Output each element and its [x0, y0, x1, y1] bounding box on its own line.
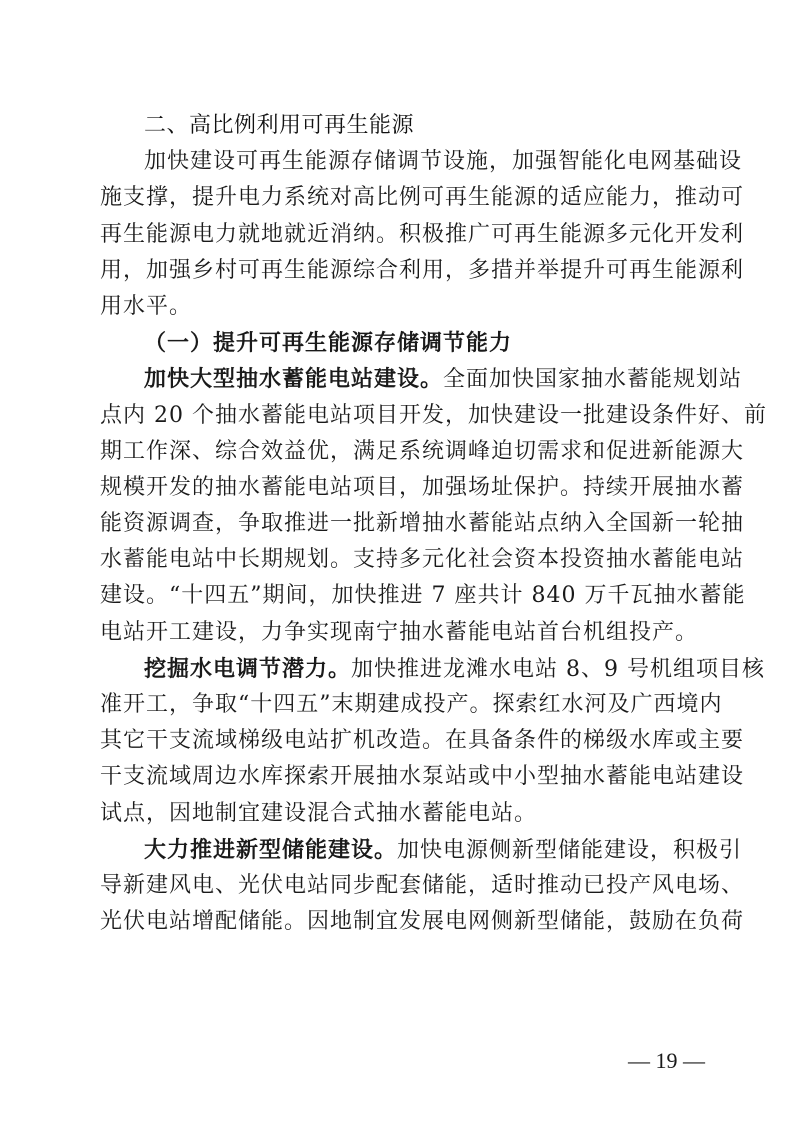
text-line: 再生能源电力就地就近消纳。积极推广可再生能源多元化开发利 [100, 217, 706, 253]
text-line: 用水平。 [100, 289, 706, 325]
text-line: 能资源调查，争取推进一批新增抽水蓄能站点纳入全国新一轮抽 [100, 506, 706, 542]
text-line: 点内 20 个抽水蓄能电站项目开发，加快建设一批建设条件好、前 [100, 398, 706, 434]
text-line: 大力推进新型储能建设。加快电源侧新型储能建设，积极引 [100, 832, 706, 868]
text-line: 光伏电站增配储能。因地制宜发展电网侧新型储能，鼓励在负荷 [100, 904, 706, 940]
text-line: 期工作深、综合效益优，满足系统调峰迫切需求和促进新能源大 [100, 434, 706, 470]
paragraph-text: 加快电源侧新型储能建设，积极引 [397, 838, 742, 863]
section-title: 二、高比例利用可再生能源 [100, 108, 706, 144]
paragraph-pumped-storage: 加快大型抽水蓄能电站建设。全面加快国家抽水蓄能规划站 点内 20 个抽水蓄能电站… [100, 361, 706, 651]
text-line: 干支流域周边水库探索开展抽水泵站或中小型抽水蓄能电站建设 [100, 759, 706, 795]
text-line: 挖掘水电调节潜力。加快推进龙滩水电站 8、9 号机组项目核 [100, 651, 706, 687]
intro-paragraph: 加快建设可再生能源存储调节设施，加强智能化电网基础设 施支撑，提升电力系统对高比… [100, 144, 706, 325]
text-line: 准开工，争取“十四五”末期建成投产。探索红水河及广西境内 [100, 687, 706, 723]
subsection-title: （一）提升可再生能源存储调节能力 [100, 325, 706, 361]
page-number: — 19 — [628, 1048, 705, 1074]
text-line: 试点，因地制宜建设混合式抽水蓄能电站。 [100, 796, 706, 832]
text-line: 导新建风电、光伏电站同步配套储能，适时推动已投产风电场、 [100, 868, 706, 904]
paragraph-hydropower: 挖掘水电调节潜力。加快推进龙滩水电站 8、9 号机组项目核 准开工，争取“十四五… [100, 651, 706, 832]
text-line: 其它干支流域梯级电站扩机改造。在具备条件的梯级水库或主要 [100, 723, 706, 759]
text-line: 水蓄能电站中长期规划。支持多元化社会资本投资抽水蓄能电站 [100, 542, 706, 578]
paragraph-lead: 挖掘水电调节潜力。 [144, 656, 351, 682]
text-line: 用，加强乡村可再生能源综合利用，多措并举提升可再生能源利 [100, 253, 706, 289]
document-page: 二、高比例利用可再生能源 加快建设可再生能源存储调节设施，加强智能化电网基础设 … [100, 108, 706, 940]
text-line: 加快大型抽水蓄能电站建设。全面加快国家抽水蓄能规划站 [100, 361, 706, 397]
text-line: 建设。“十四五”期间，加快推进 7 座共计 840 万千瓦抽水蓄能 [100, 578, 706, 614]
paragraph-new-storage: 大力推进新型储能建设。加快电源侧新型储能建设，积极引 导新建风电、光伏电站同步配… [100, 832, 706, 941]
paragraph-text: 全面加快国家抽水蓄能规划站 [443, 367, 742, 392]
text-line: 电站开工建设，力争实现南宁抽水蓄能电站首台机组投产。 [100, 615, 706, 651]
text-line: 加快建设可再生能源存储调节设施，加强智能化电网基础设 [100, 144, 706, 180]
text-line: 施支撑，提升电力系统对高比例可再生能源的适应能力，推动可 [100, 180, 706, 216]
text-line: 规模开发的抽水蓄能电站项目，加强场址保护。持续开展抽水蓄 [100, 470, 706, 506]
paragraph-text: 加快推进龙滩水电站 8、9 号机组项目核 [351, 657, 765, 682]
paragraph-lead: 加快大型抽水蓄能电站建设。 [144, 366, 443, 392]
paragraph-lead: 大力推进新型储能建设。 [144, 837, 397, 863]
